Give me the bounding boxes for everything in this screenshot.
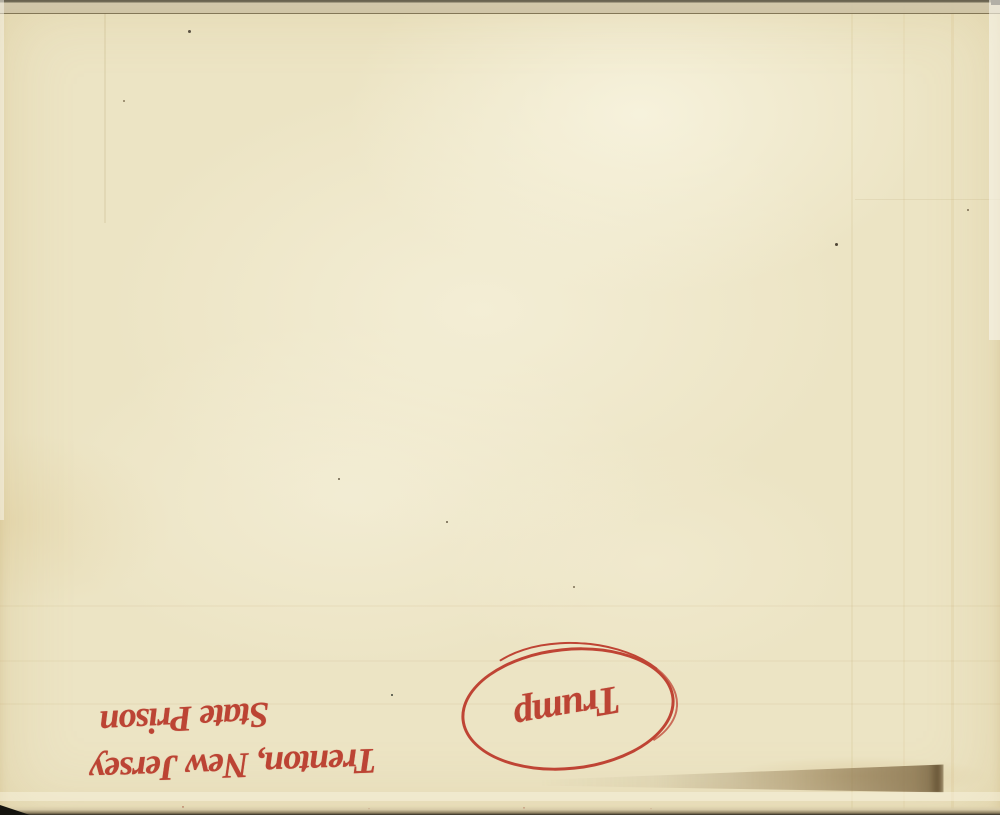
circled-name: Trump [511, 677, 624, 742]
scan-streak [951, 0, 954, 815]
scan-edge-bottom [0, 806, 1000, 815]
scan-streak [851, 0, 853, 815]
paper-crease-vertical [104, 13, 106, 223]
scan-strip-left [0, 0, 4, 520]
dirt-speck [573, 586, 575, 588]
scan-band [0, 605, 1000, 607]
dirt-speck [835, 243, 838, 246]
paper-crease-horizontal [855, 199, 1000, 200]
dirt-speck [338, 478, 340, 480]
dirt-speck [446, 521, 448, 523]
handwritten-annotation: Trump Trenton, New Jersey State Prison [60, 612, 680, 784]
annotation-lines: Trenton, New Jersey State Prison [90, 690, 424, 790]
photo-back-scan: Trump Trenton, New Jersey State Prison [0, 0, 1000, 815]
scan-strip-right [989, 0, 1000, 340]
red-oval-circle: Trump [455, 637, 681, 781]
dirt-speck [967, 209, 969, 211]
scan-streak [903, 0, 905, 815]
scan-edge-top [0, 0, 1000, 14]
dirt-speck [123, 100, 125, 102]
dirt-speck [188, 30, 191, 33]
